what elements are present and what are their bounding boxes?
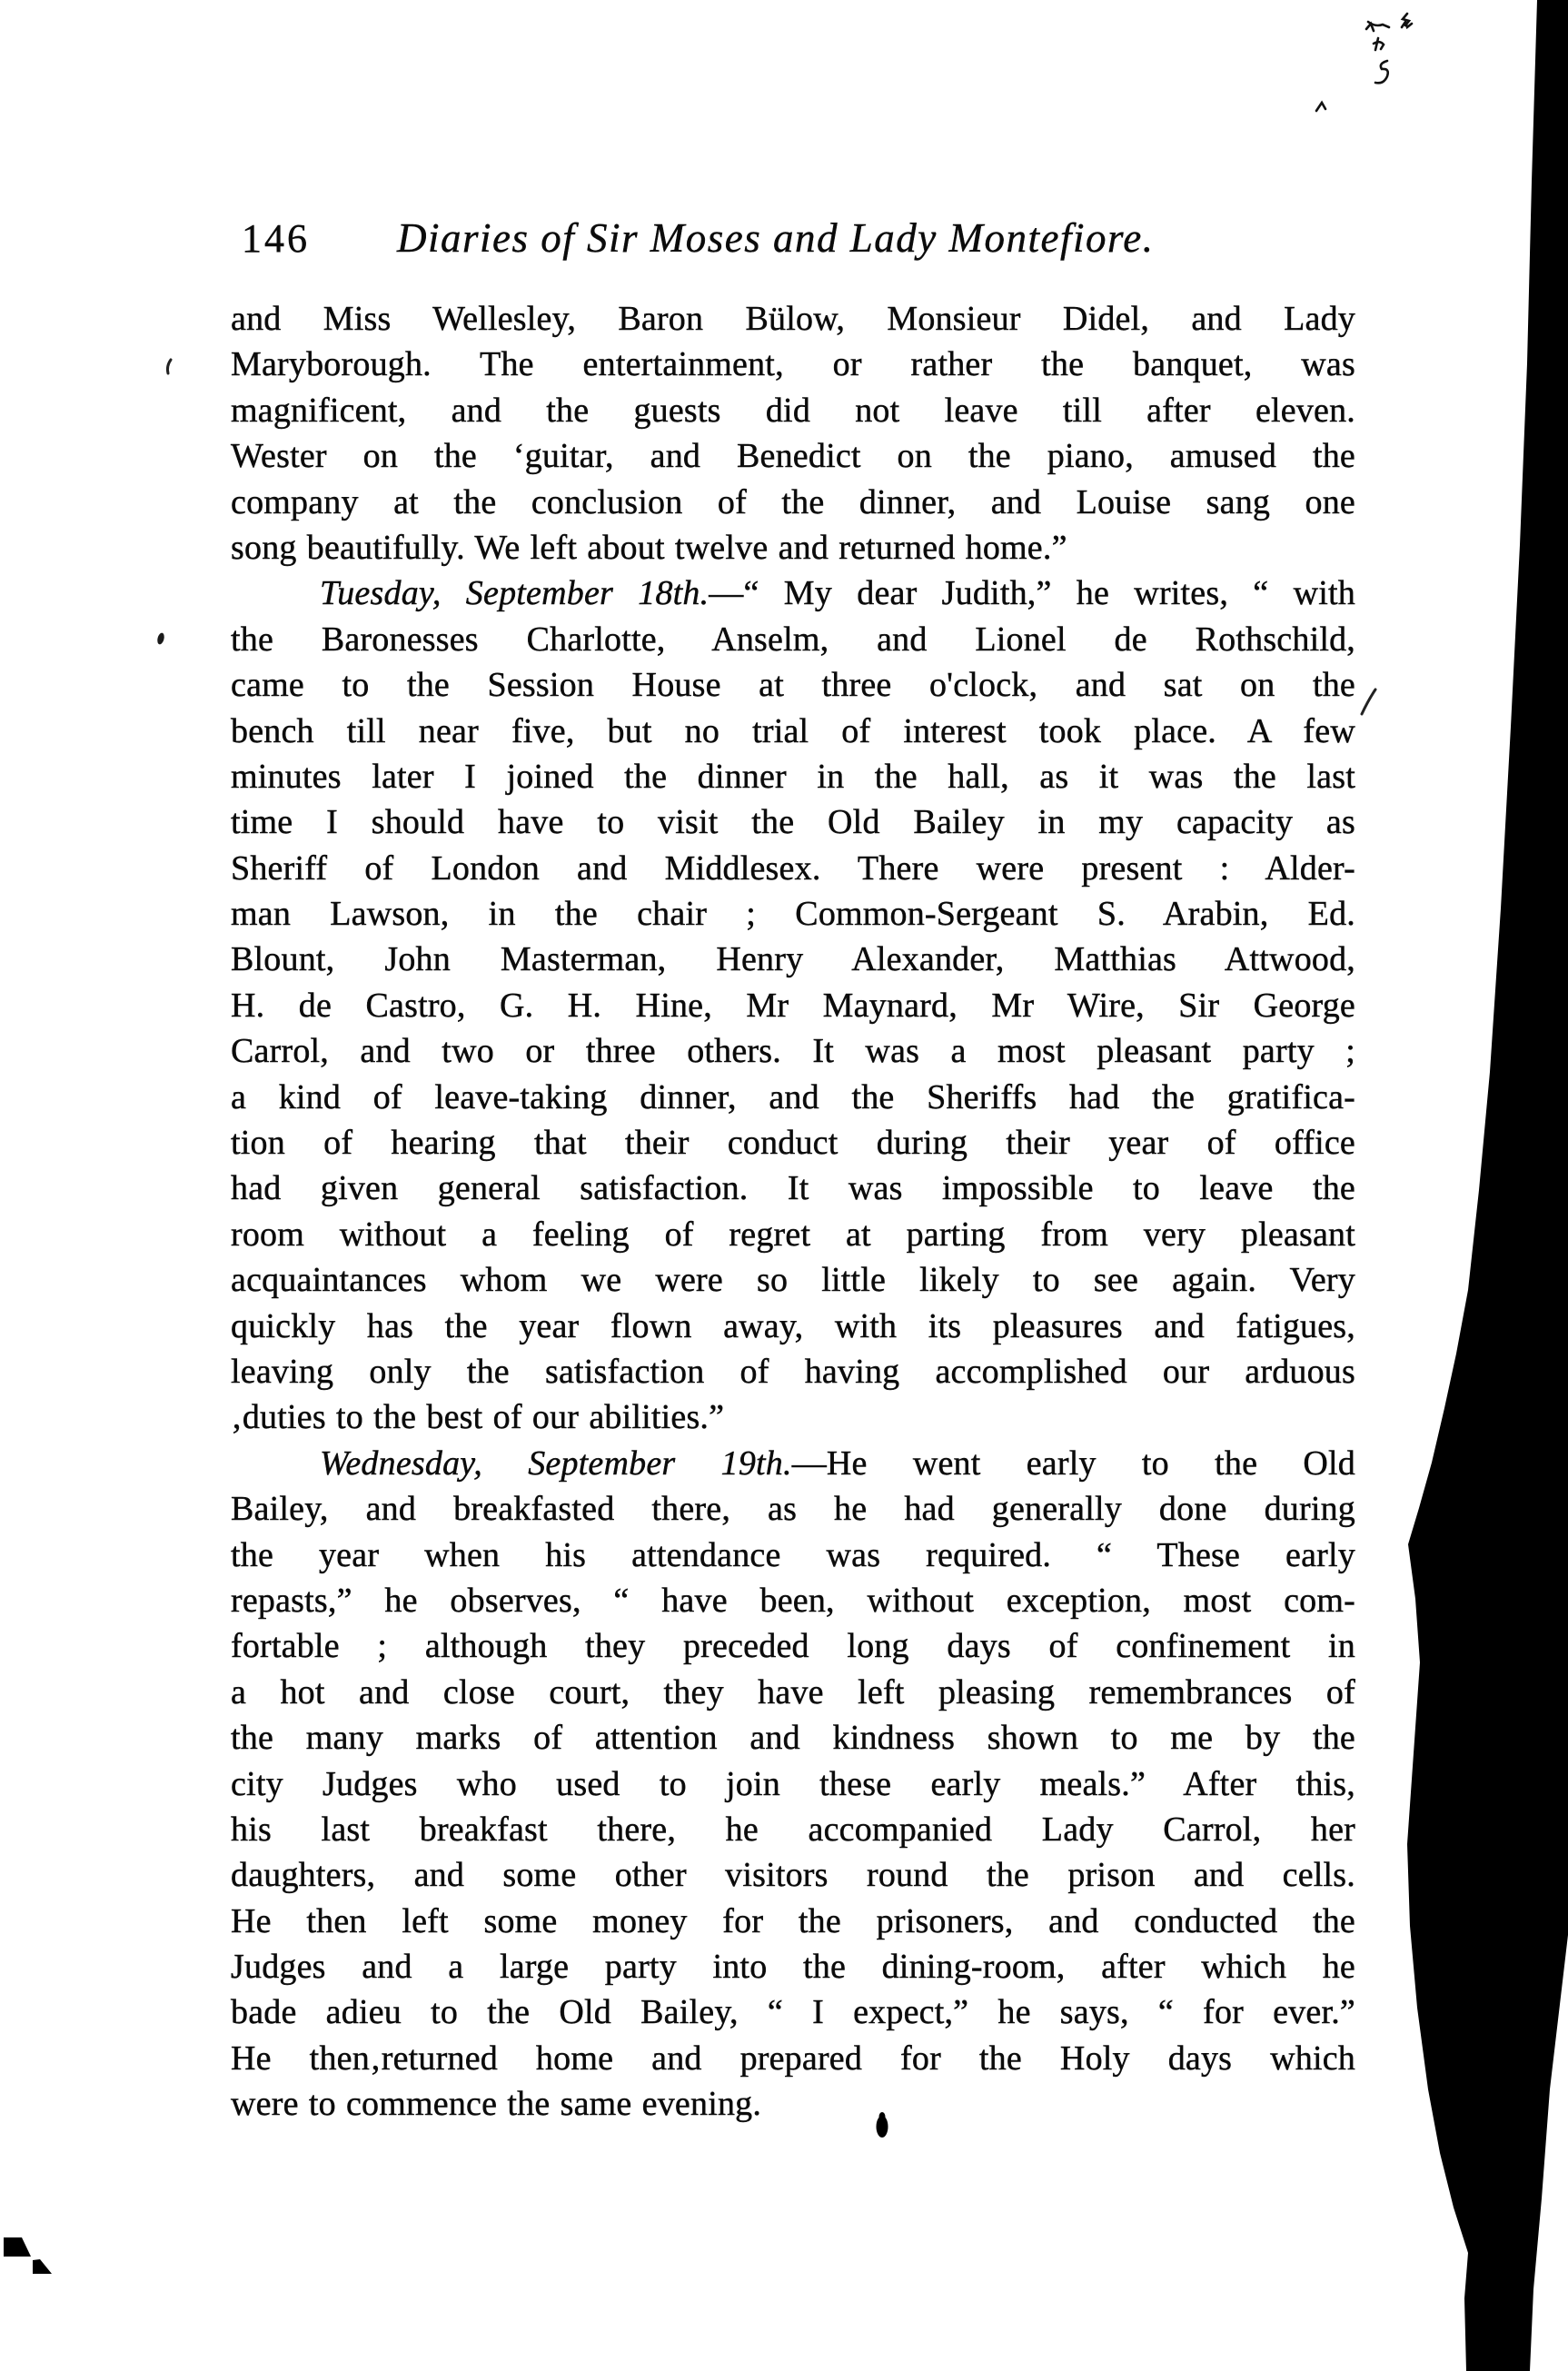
text-line: repasts,” he observes, “ have been, with… — [231, 1578, 1355, 1623]
text-segment: ‚duties to the best of our abilities.” — [231, 1398, 724, 1436]
text-segment: Blount, John Masterman, Henry Alexander,… — [231, 940, 1355, 978]
text-segment: time I should have to visit the Old Bail… — [231, 803, 1355, 841]
text-line: his last breakfast there, he accompanied… — [231, 1807, 1355, 1852]
text-line: ‚duties to the best of our abilities.” — [231, 1394, 1355, 1440]
text-segment: the Baronesses Charlotte, Anselm, and Li… — [231, 620, 1355, 659]
text-line: Bailey, and breakfasted there, as he had… — [231, 1486, 1355, 1532]
text-segment: the many marks of attention and kindness… — [231, 1719, 1355, 1757]
text-segment: came to the Session House at three o'clo… — [231, 666, 1355, 704]
text-segment: leaving only the satisfaction of having … — [231, 1353, 1355, 1391]
text-segment: quickly has the year flown away, with it… — [231, 1307, 1355, 1345]
margin-speck-icon — [156, 632, 165, 645]
text-line: Carrol, and two or three others. It was … — [231, 1028, 1355, 1074]
corner-triangle-mark — [4, 2237, 31, 2257]
text-line: daughters, and some other visitors round… — [231, 1852, 1355, 1898]
text-line: Sheriff of London and Middlesex. There w… — [231, 846, 1355, 891]
text-segment: had given general satisfaction. It was i… — [231, 1169, 1355, 1207]
text-segment: a kind of leave-taking dinner, and the S… — [231, 1078, 1355, 1116]
handwriting-squiggle-icon — [1316, 14, 1412, 111]
text-segment: —“ My dear Judith,” he writes, “ with — [709, 574, 1355, 612]
running-header: 146 Diaries of Sir Moses and Lady Montef… — [242, 214, 1155, 262]
page-number: 146 — [242, 215, 310, 262]
text-segment: Tuesday, September 18th. — [320, 574, 709, 612]
text-line: song beautifully. We left about twelve a… — [231, 525, 1355, 570]
text-line: bench till near five, but no trial of in… — [231, 709, 1355, 754]
text-segment: Wednesday, September 19th. — [320, 1444, 792, 1483]
gutter-shadow-artifact — [1407, 0, 1568, 2371]
text-line: Maryborough. The entertainment, or rathe… — [231, 342, 1355, 387]
text-segment: minutes later I joined the dinner in the… — [231, 758, 1355, 796]
text-line: were to commence the same evening. — [231, 2081, 1355, 2127]
text-line: bade adieu to the Old Bailey, “ I expect… — [231, 1989, 1355, 2035]
corner-triangle-mark — [33, 2259, 52, 2274]
text-line: Tuesday, September 18th.—“ My dear Judit… — [231, 570, 1355, 616]
text-segment: —He went early to the Old — [792, 1444, 1355, 1483]
text-line: had given general satisfaction. It was i… — [231, 1166, 1355, 1211]
text-line: magnificent, and the guests did not leav… — [231, 388, 1355, 433]
text-line: a kind of leave-taking dinner, and the S… — [231, 1075, 1355, 1120]
text-segment: Wester on the ‘guitar, and Benedict on t… — [231, 437, 1355, 475]
text-line: H. de Castro, G. H. Hine, Mr Maynard, Mr… — [231, 983, 1355, 1028]
text-line: He then‚returned home and prepared for t… — [231, 2036, 1355, 2081]
text-segment: tion of hearing that their conduct durin… — [231, 1124, 1355, 1162]
text-segment: room without a feeling of regret at part… — [231, 1215, 1355, 1254]
text-line: man Lawson, in the chair ; Common-Sergea… — [231, 891, 1355, 937]
scanned-book-page: 146 Diaries of Sir Moses and Lady Montef… — [0, 0, 1568, 2371]
text-segment: Bailey, and breakfasted there, as he had… — [231, 1490, 1355, 1528]
text-segment: a hot and close court, they have left pl… — [231, 1673, 1355, 1711]
text-segment: bade adieu to the Old Bailey, “ I expect… — [231, 1993, 1355, 2031]
text-line: acquaintances whom we were so little lik… — [231, 1257, 1355, 1303]
text-segment: magnificent, and the guests did not leav… — [231, 392, 1355, 430]
text-line: Wester on the ‘guitar, and Benedict on t… — [231, 433, 1355, 479]
text-segment: the year when his attendance was require… — [231, 1536, 1355, 1574]
text-line: room without a feeling of regret at part… — [231, 1212, 1355, 1257]
text-segment: repasts,” he observes, “ have been, with… — [231, 1582, 1355, 1620]
text-line: and Miss Wellesley, Baron Bülow, Monsieu… — [231, 296, 1355, 342]
text-line: fortable ; although they preceded long d… — [231, 1623, 1355, 1669]
text-line: the many marks of attention and kindness… — [231, 1715, 1355, 1761]
text-segment: company at the conclusion of the dinner,… — [231, 483, 1355, 521]
text-block: and Miss Wellesley, Baron Bülow, Monsieu… — [231, 296, 1355, 2128]
text-line: He then left some money for the prisoner… — [231, 1899, 1355, 1944]
text-line: company at the conclusion of the dinner,… — [231, 480, 1355, 525]
text-segment: He then left some money for the prisoner… — [231, 1902, 1355, 1940]
text-segment: his last breakfast there, he accompanied… — [231, 1810, 1355, 1849]
text-line: minutes later I joined the dinner in the… — [231, 754, 1355, 799]
text-segment: Maryborough. The entertainment, or rathe… — [231, 345, 1355, 383]
text-line: tion of hearing that their conduct durin… — [231, 1120, 1355, 1166]
text-line: quickly has the year flown away, with it… — [231, 1304, 1355, 1349]
text-segment: Carrol, and two or three others. It was … — [231, 1032, 1355, 1070]
text-segment: song beautifully. We left about twelve a… — [231, 529, 1067, 567]
text-segment: He then‚returned home and prepared for t… — [231, 2039, 1355, 2078]
text-segment: were to commence the same evening. — [231, 2085, 761, 2123]
text-line: came to the Session House at three o'clo… — [231, 662, 1355, 708]
text-segment: Sheriff of London and Middlesex. There w… — [231, 849, 1355, 888]
text-line: Wednesday, September 19th.—He went early… — [231, 1441, 1355, 1486]
text-segment: daughters, and some other visitors round… — [231, 1856, 1355, 1894]
text-line: the year when his attendance was require… — [231, 1533, 1355, 1578]
text-line: the Baronesses Charlotte, Anselm, and Li… — [231, 617, 1355, 662]
text-segment: H. de Castro, G. H. Hine, Mr Maynard, Mr… — [231, 987, 1355, 1025]
text-segment: city Judges who used to join these early… — [231, 1765, 1355, 1803]
text-line: city Judges who used to join these early… — [231, 1761, 1355, 1807]
text-line: Judges and a large party into the dining… — [231, 1944, 1355, 1989]
text-segment: bench till near five, but no trial of in… — [231, 712, 1355, 750]
text-line: a hot and close court, they have left pl… — [231, 1670, 1355, 1715]
text-segment: man Lawson, in the chair ; Common-Sergea… — [231, 895, 1355, 933]
text-line: time I should have to visit the Old Bail… — [231, 799, 1355, 845]
text-segment: acquaintances whom we were so little lik… — [231, 1261, 1355, 1299]
text-segment: and Miss Wellesley, Baron Bülow, Monsieu… — [231, 300, 1355, 338]
text-line: leaving only the satisfaction of having … — [231, 1349, 1355, 1394]
text-segment: fortable ; although they preceded long d… — [231, 1627, 1355, 1665]
text-segment: Judges and a large party into the dining… — [231, 1948, 1355, 1986]
text-line: Blount, John Masterman, Henry Alexander,… — [231, 937, 1355, 982]
running-title: Diaries of Sir Moses and Lady Montefiore… — [397, 214, 1155, 262]
